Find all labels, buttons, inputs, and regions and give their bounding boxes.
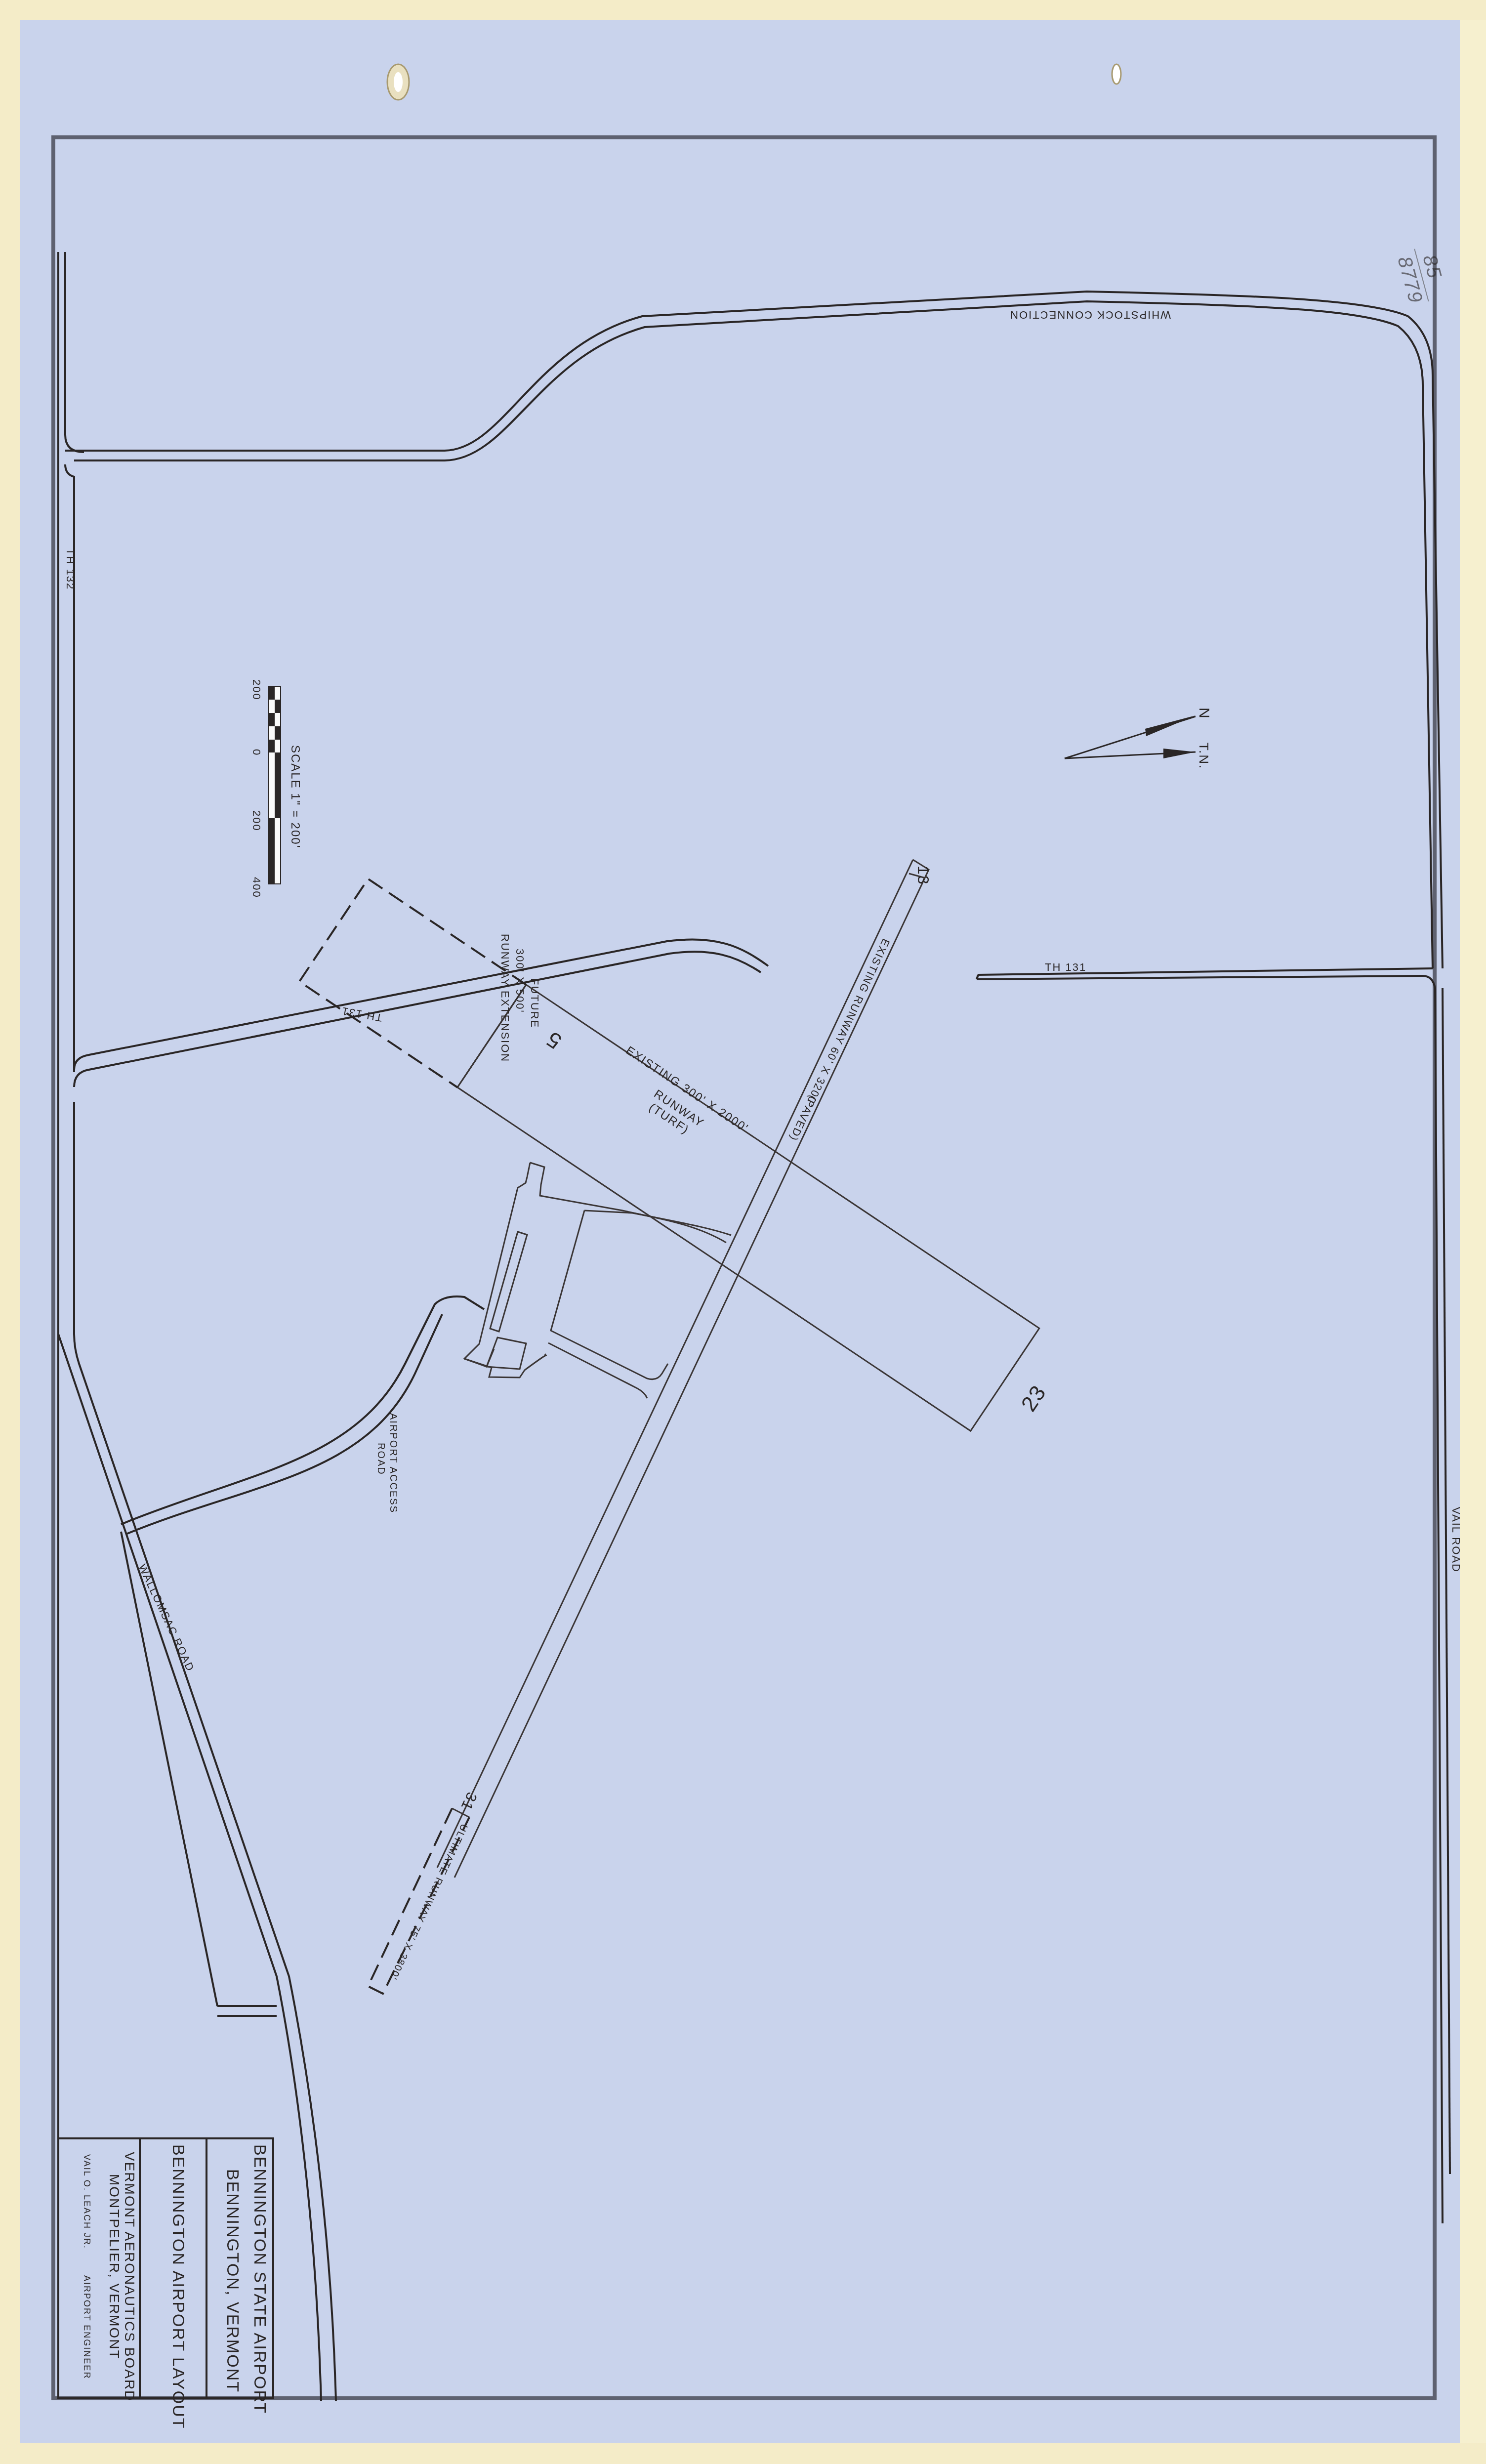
grommet-hole-right	[1112, 64, 1121, 84]
title-location: BENNINGTON, VERMONT	[223, 2169, 242, 2393]
north-arrow-magnetic-label: N	[1196, 708, 1212, 719]
title-drawing-title: BENNINGTON AIRPORT LAYOUT	[169, 2144, 188, 2429]
title-engineer-title: AIRPORT ENGINEER	[82, 2275, 92, 2379]
scale-bar	[268, 686, 281, 884]
label-th131-east: TH 131	[1045, 961, 1086, 973]
scale-title: SCALE 1" = 200'	[289, 745, 302, 848]
label-vail-road: VAIL ROAD	[1450, 1507, 1462, 1573]
scale-tick-200: 200	[250, 810, 263, 832]
runway-end-13: 13	[914, 866, 932, 885]
blueprint-paper	[20, 20, 1462, 2443]
title-airport-name: BENNINGTON STATE AIRPORT	[250, 2144, 269, 2414]
title-agency: VERMONT AERONAUTICS BOARD	[122, 2152, 137, 2401]
scale-tick-200-left: 200	[250, 679, 263, 701]
title-engineer-name: VAIL O. LEACH JR.	[82, 2154, 92, 2249]
label-future-extension-line1: FUTURE	[529, 978, 541, 1028]
scale-tick-400: 400	[250, 877, 263, 898]
title-agency-location: MONTPELIER, VERMONT	[107, 2174, 122, 2360]
label-future-extension-line2: 300' X 500'	[514, 949, 526, 1013]
north-arrow-true-label: T.N.	[1197, 743, 1211, 769]
label-th132: TH 132	[64, 548, 77, 590]
label-airport-access-road-line1: AIRPORT ACCESS	[388, 1413, 399, 1513]
label-airport-access-road-line2: ROAD	[375, 1443, 386, 1475]
grommet-hole-left	[387, 64, 409, 100]
label-future-extension-line3: RUNWAY EXTENSION	[499, 934, 511, 1062]
airport-layout-sheet: 85 8779 TH 132 WHIPSTOCK CONNECTION TH 1…	[0, 0, 1486, 2464]
label-whipstock-connection: WHIPSTOCK CONNECTION	[1009, 309, 1171, 321]
scale-tick-0: 0	[250, 749, 263, 756]
